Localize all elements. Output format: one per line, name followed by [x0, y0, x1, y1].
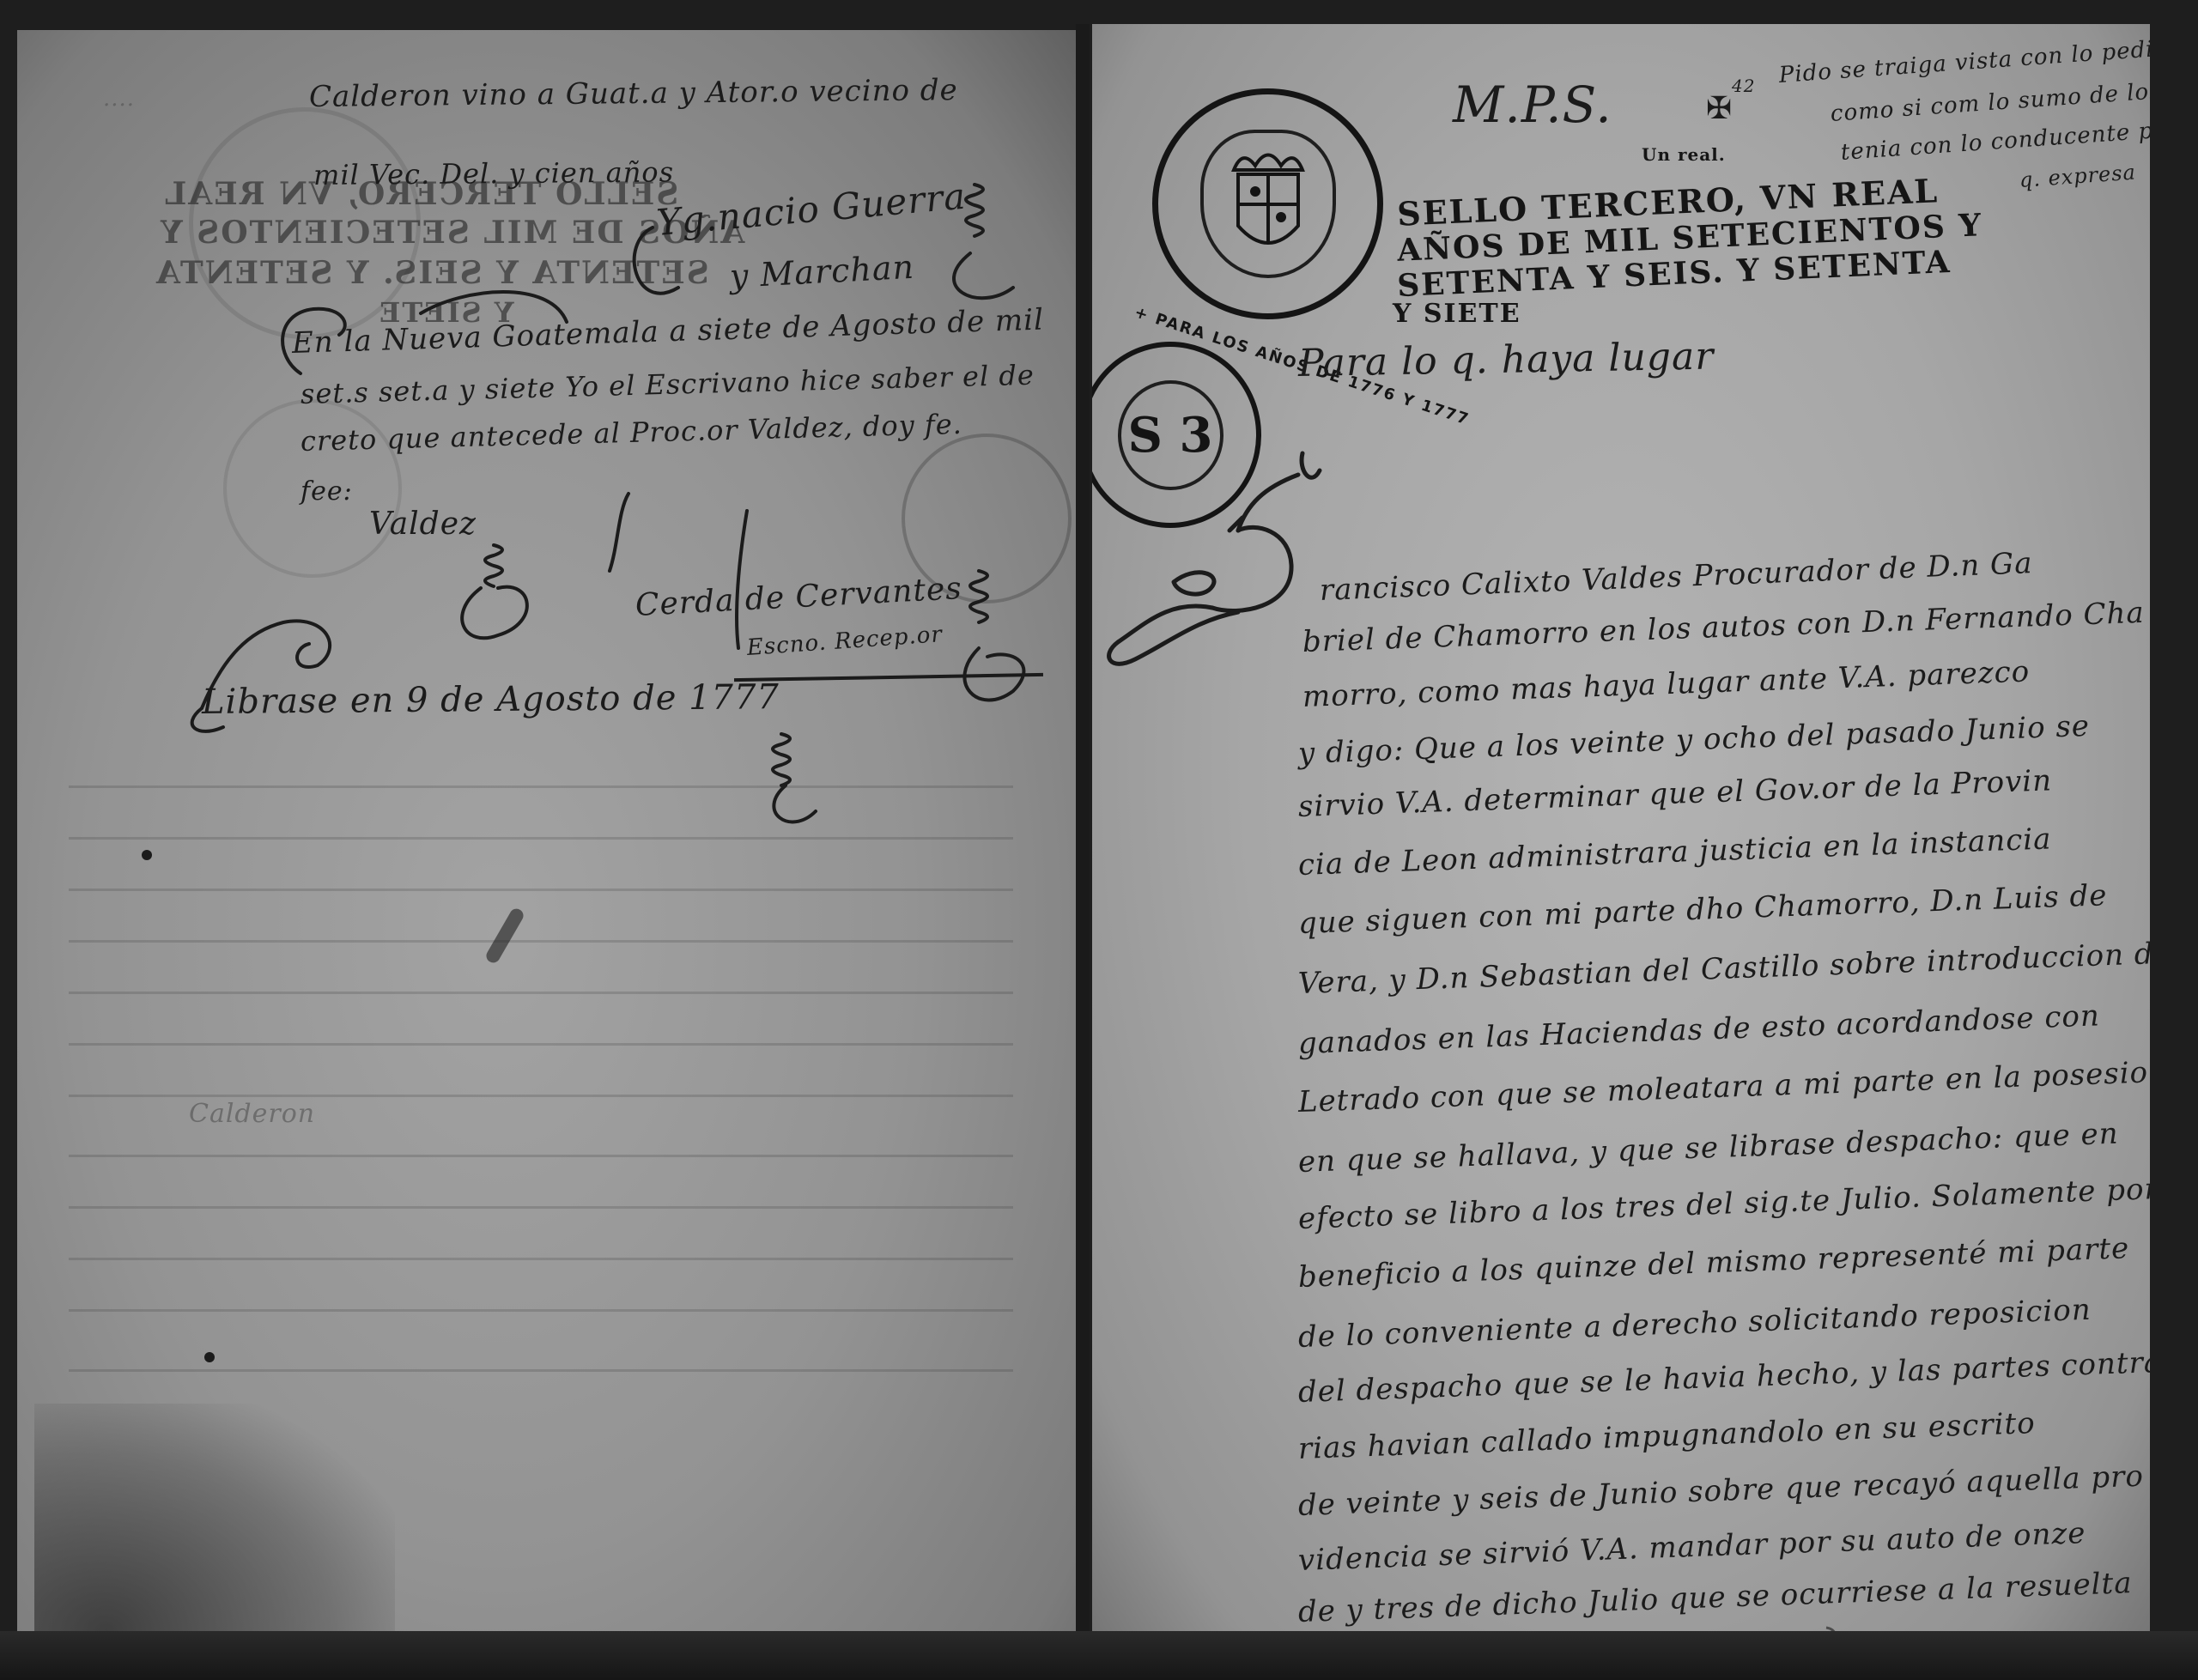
body-line-12: efecto se libro a los tres del sig.te Ju…	[1297, 1172, 2150, 1236]
faint-text-row	[69, 1155, 1013, 1157]
stamp-header-line-4: Y SIETE	[1393, 299, 1521, 329]
coat-of-arms-icon	[1217, 144, 1320, 264]
body-line-5: sirvio V.A. determinar que el Gov.or de …	[1297, 763, 2052, 824]
faint-text-row	[69, 837, 1013, 840]
decree-line: Para lo q. haya lugar	[1298, 335, 1715, 385]
body-line-14: de lo conveniente a derecho solicitando …	[1297, 1293, 2092, 1355]
body-line-16: rias havian callado impugnandolo en su e…	[1297, 1406, 2036, 1466]
page-shadow	[34, 1404, 395, 1661]
ink-dot	[204, 1352, 215, 1362]
faint-signature: Calderon	[189, 1099, 315, 1129]
rubric-flourish-icon	[17, 30, 1086, 889]
faint-text-row	[69, 992, 1013, 994]
folio-mark: M.P.S.	[1453, 76, 1612, 134]
body-line-10: Letrado con que se moleatara a mi parte …	[1297, 1055, 2150, 1119]
left-page: SELLO TERCERO, VN REAL AÑOS DE MIL SETEC…	[17, 30, 1086, 1661]
manuscript-spread: SELLO TERCERO, VN REAL AÑOS DE MIL SETEC…	[0, 0, 2198, 1680]
body-line-7: que siguen con mi parte dho Chamorro, D.…	[1297, 878, 2108, 941]
faint-text-row	[69, 1309, 1013, 1312]
faint-text-row	[69, 940, 1013, 943]
right-page: CAROLUS III D G HISPANIAR REX S 3 + PARA…	[1092, 24, 2150, 1659]
faint-text-row	[69, 1369, 1013, 1372]
body-line-11: en que se hallava, y que se librase desp…	[1297, 1117, 2119, 1180]
scan-bottom-edge	[0, 1631, 2198, 1680]
margin-note-line: q. expresa	[2019, 161, 2137, 192]
faint-text-row	[69, 1095, 1013, 1097]
faint-text-row	[69, 1043, 1013, 1046]
body-line-13: beneficio a los quinze del mismo represe…	[1297, 1231, 2130, 1295]
body-line-4: y digo: Que a los veinte y ocho del pasa…	[1297, 709, 2090, 771]
body-line-17: de veinte y seis de Junio sobre que reca…	[1297, 1459, 2144, 1523]
body-line-15: del despacho que se le havia hecho, y la…	[1297, 1345, 2150, 1410]
ink-smudge	[484, 907, 526, 966]
body-line-9: ganados en las Haciendas de esto acordan…	[1297, 998, 2100, 1061]
royal-seal	[1152, 88, 1383, 319]
binding-gutter	[1076, 24, 1090, 1664]
body-line-18: videncia se sirvió V.A. mandar por su au…	[1297, 1516, 2086, 1578]
royal-seal-inner	[1200, 130, 1336, 278]
body-line-6: cia de Leon administrara justicia en la …	[1297, 822, 2052, 882]
ink-dot	[142, 850, 152, 860]
initial-letter: F	[1225, 488, 1279, 578]
body-line-8: Vera, y D.n Sebastian del Castillo sobre…	[1297, 936, 2150, 1001]
faint-text-row	[69, 1206, 1013, 1209]
stamp-value: Un real.	[1642, 144, 1726, 165]
folio-number: 42	[1732, 76, 1755, 96]
faint-text-row	[69, 1258, 1013, 1260]
faint-text-row	[69, 785, 1013, 788]
margin-note-line: Pido se traiga vista con lo pedido y	[1778, 33, 2150, 88]
cross-mark-icon: ✠	[1706, 91, 1733, 126]
faint-text-row	[69, 889, 1013, 891]
body-line-19: de y tres de dicho Julio que se ocurries…	[1297, 1566, 2133, 1629]
